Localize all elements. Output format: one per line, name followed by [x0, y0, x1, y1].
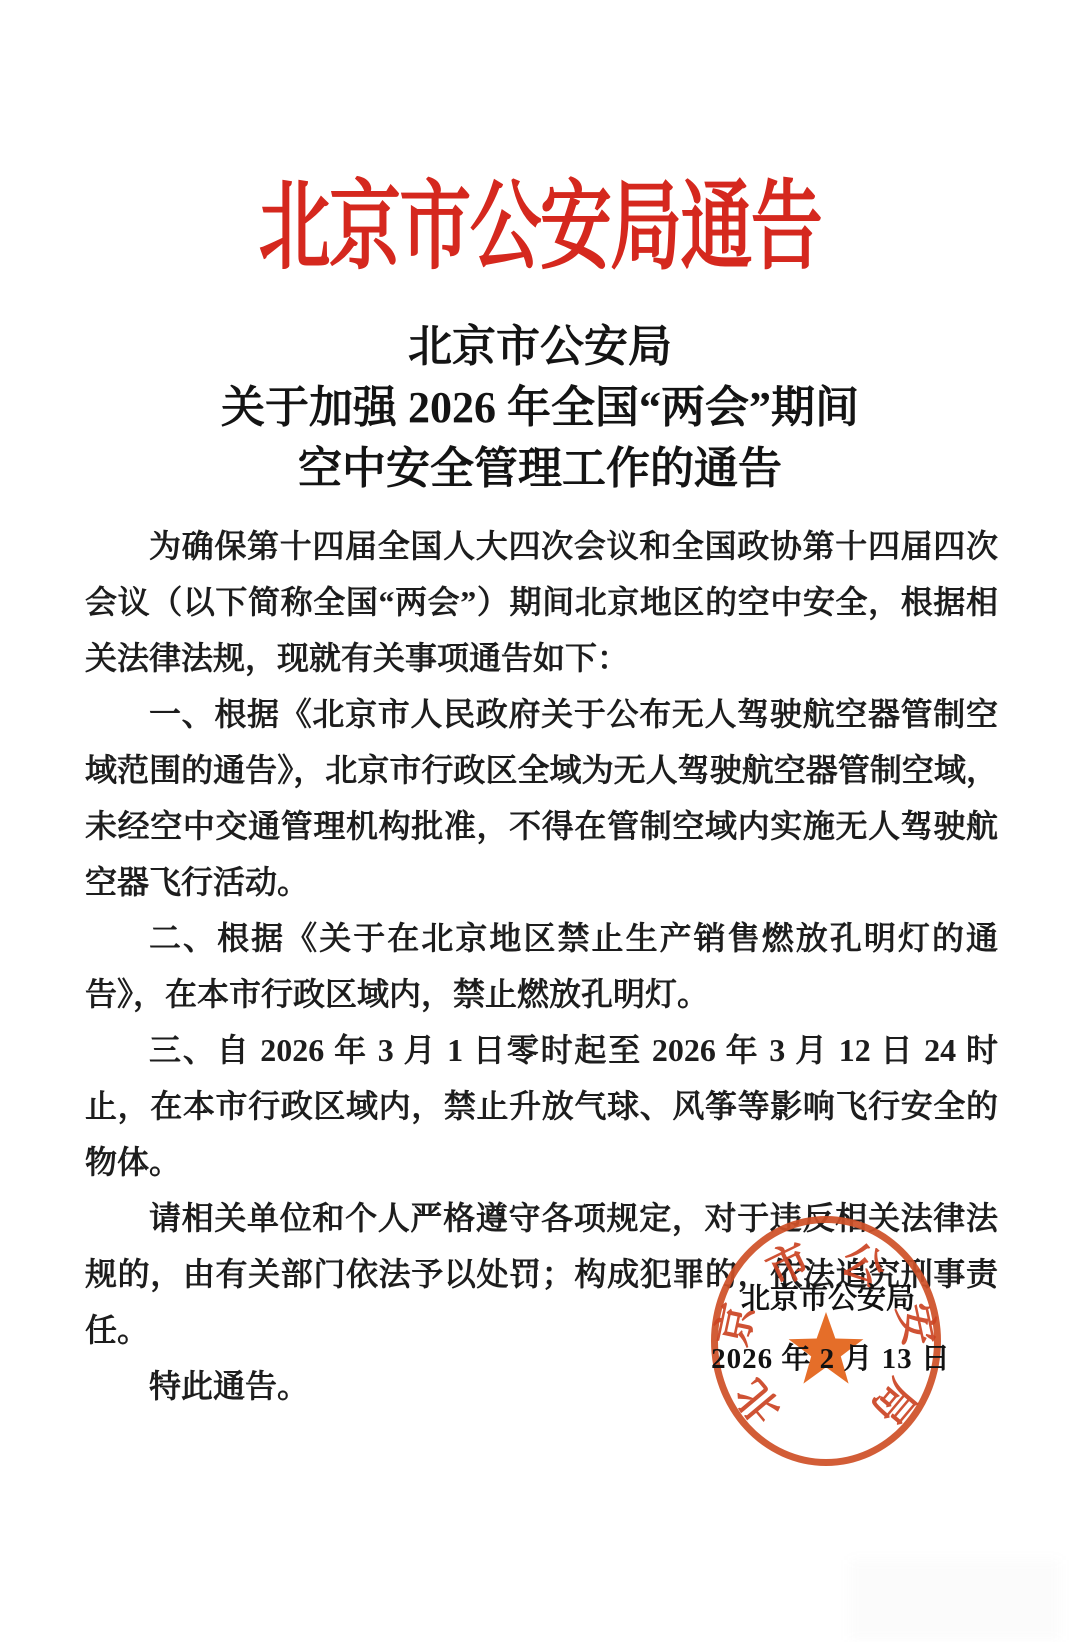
document-title: 北京市公安局 关于加强 2026 年全国“两会”期间 空中安全管理工作的通告 [0, 316, 1080, 499]
paragraph-item-3: 三、自 2026 年 3 月 1 日零时起至 2026 年 3 月 12 日 2… [85, 1022, 998, 1190]
document-title-line-1: 北京市公安局 [0, 316, 1080, 377]
seal-org-name: 北京市公安局 [741, 1276, 915, 1317]
paragraph-intro: 为确保第十四届全国人大四次会议和全国政协第十四届四次会议（以下简称全国“两会”）… [85, 518, 998, 686]
scan-smudge [850, 1560, 1060, 1640]
paragraph-item-1: 一、根据《北京市人民政府关于公布无人驾驶航空器管制空域范围的通告》，北京市行政区… [85, 686, 998, 910]
paragraph-item-2: 二、根据《关于在北京地区禁止生产销售燃放孔明灯的通告》，在本市行政区域内，禁止燃… [85, 910, 998, 1022]
notice-page: 北京市公安局通告 北京市公安局 关于加强 2026 年全国“两会”期间 空中安全… [0, 0, 1080, 1642]
banner-title: 北京市公安局通告 [259, 148, 821, 288]
document-title-line-3: 空中安全管理工作的通告 [0, 438, 1080, 499]
seal-date: 2026 年 2 月 13 日 [711, 1336, 951, 1377]
document-title-line-2: 关于加强 2026 年全国“两会”期间 [0, 377, 1080, 438]
official-seal: 北 京 市 公 安 局 北京市公安局 2026 年 2 月 13 日 [711, 1216, 941, 1466]
banner-title-row: 北京市公安局通告 [0, 148, 1080, 288]
